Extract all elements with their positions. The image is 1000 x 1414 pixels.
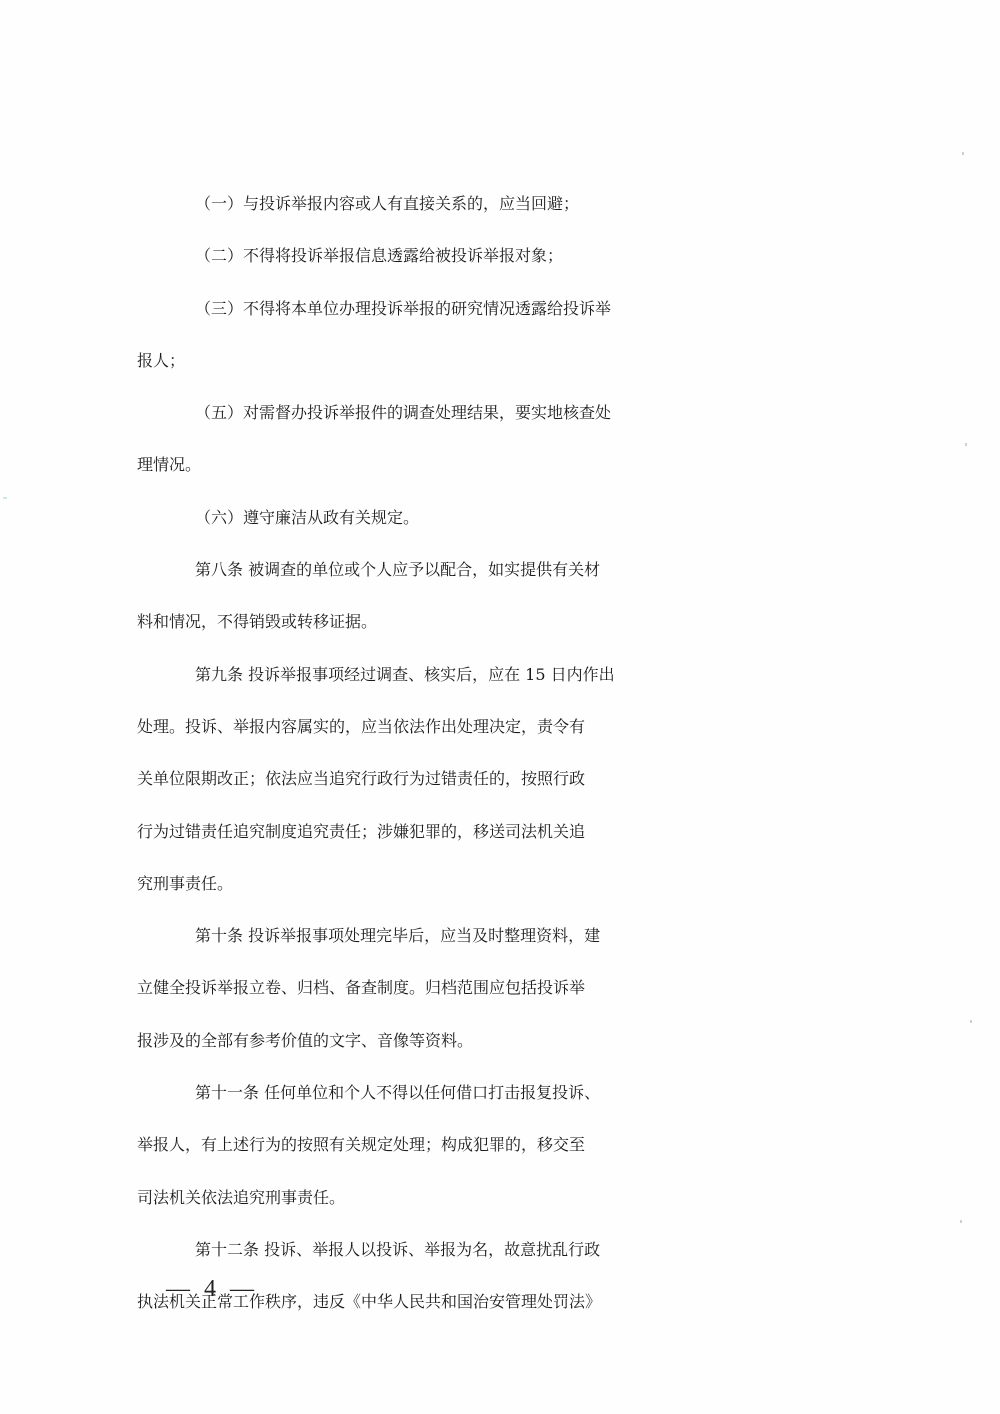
text-line: 第十一条 任何单位和个人不得以任何借口打击报复投诉、 [137,1067,872,1119]
text-line: 报人； [137,335,872,387]
text-line: 第八条 被调查的单位或个人应予以配合，如实提供有关材 [137,544,872,596]
text-line: 行为过错责任追究制度追究责任；涉嫌犯罪的，移送司法机关追 [137,806,872,858]
scan-speck [962,152,964,155]
article-10: 第十条 投诉举报事项处理完毕后，应当及时整理资料，建 立健全投诉举报立卷、归档、… [137,910,872,1067]
text-line: 举报人，有上述行为的按照有关规定处理；构成犯罪的，移交至 [137,1119,872,1171]
text-line: 第九条 投诉举报事项经过调查、核实后，应在 15 日内作出 [137,649,872,701]
text-line: 第十条 投诉举报事项处理完毕后，应当及时整理资料，建 [137,910,872,962]
scan-artifact [3,497,7,499]
list-item-2: （二）不得将投诉举报信息透露给被投诉举报对象； [137,230,872,282]
text-line: （一）与投诉举报内容或人有直接关系的，应当回避； [137,178,872,230]
text-line: 究刑事责任。 [137,858,872,910]
text-line: 报涉及的全部有参考价值的文字、音像等资料。 [137,1015,872,1067]
text-line: 第十二条 投诉、举报人以投诉、举报为名，故意扰乱行政 [137,1224,872,1276]
article-11: 第十一条 任何单位和个人不得以任何借口打击报复投诉、 举报人，有上述行为的按照有… [137,1067,872,1224]
text-line: （二）不得将投诉举报信息透露给被投诉举报对象； [137,230,872,282]
document-body: （一）与投诉举报内容或人有直接关系的，应当回避； （二）不得将投诉举报信息透露给… [137,178,872,1329]
scan-speck [960,1220,962,1223]
list-item-6: （六）遵守廉洁从政有关规定。 [137,492,872,544]
text-line: 司法机关依法追究刑事责任。 [137,1172,872,1224]
list-item-5: （五）对需督办投诉举报件的调查处理结果，要实地核查处 理情况。 [137,387,872,492]
text-line: 理情况。 [137,439,872,491]
scan-speck [965,443,967,446]
article-8: 第八条 被调查的单位或个人应予以配合，如实提供有关材 料和情况，不得销毁或转移证… [137,544,872,649]
text-line: 处理。投诉、举报内容属实的，应当依法作出处理决定，责令有 [137,701,872,753]
document-page: （一）与投诉举报内容或人有直接关系的，应当回避； （二）不得将投诉举报信息透露给… [0,0,1000,1414]
list-item-3: （三）不得将本单位办理投诉举报的研究情况透露给投诉举 报人； [137,283,872,388]
scan-speck [970,1020,972,1023]
page-number: — 4 — [166,1276,258,1303]
text-line: 料和情况，不得销毁或转移证据。 [137,596,872,648]
text-line: （六）遵守廉洁从政有关规定。 [137,492,872,544]
text-line: （三）不得将本单位办理投诉举报的研究情况透露给投诉举 [137,283,872,335]
text-line: （五）对需督办投诉举报件的调查处理结果，要实地核查处 [137,387,872,439]
text-line: 关单位限期改正；依法应当追究行政行为过错责任的，按照行政 [137,753,872,805]
text-line: 立健全投诉举报立卷、归档、备查制度。归档范围应包括投诉举 [137,962,872,1014]
article-9: 第九条 投诉举报事项经过调查、核实后，应在 15 日内作出 处理。投诉、举报内容… [137,649,872,910]
list-item-1: （一）与投诉举报内容或人有直接关系的，应当回避； [137,178,872,230]
